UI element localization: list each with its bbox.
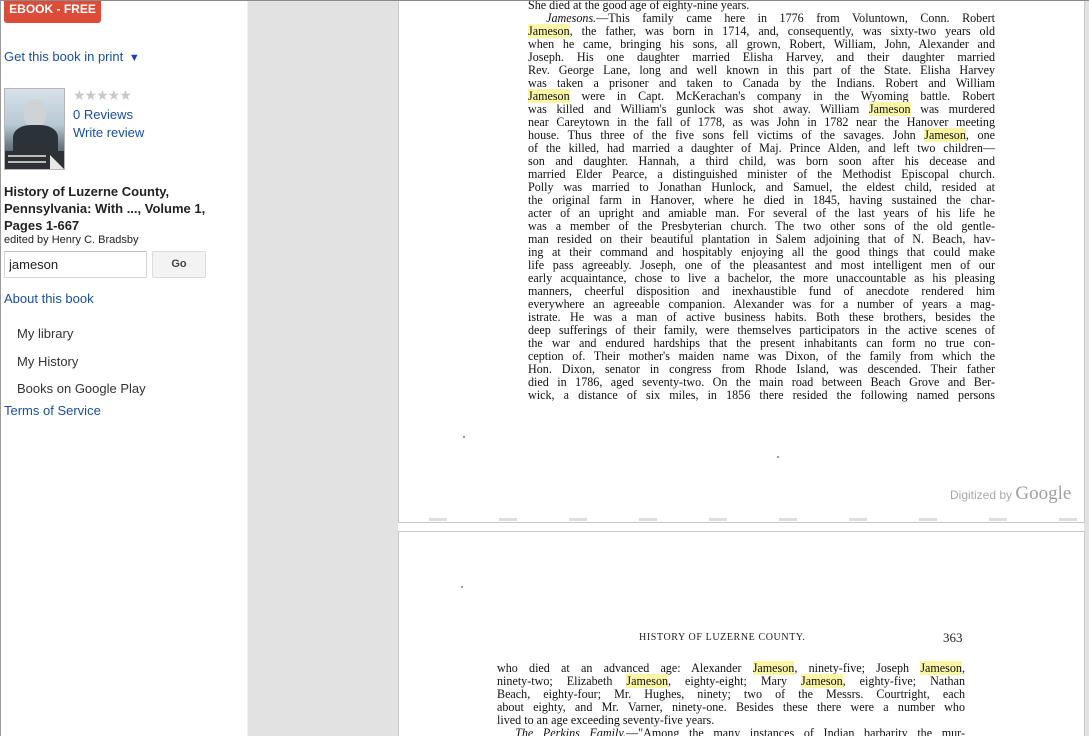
book-page-362[interactable]: She died at the good age of eighty-nine … — [398, 0, 1085, 523]
search-highlight[interactable]: Jameson — [528, 89, 570, 103]
search-highlight[interactable]: Jameson — [801, 674, 843, 688]
cover-portrait-head — [24, 99, 46, 127]
page-curl-icon — [50, 155, 64, 169]
sidebar: EBOOK - FREE Get this book in print ▼ ★★… — [0, 0, 247, 736]
terms-of-service-link[interactable]: Terms of Service — [4, 403, 101, 418]
page-number: 363 — [943, 630, 963, 646]
scan-speck — [777, 456, 779, 458]
search-highlight[interactable]: Jameson — [920, 661, 962, 675]
viewer-background — [247, 0, 398, 736]
ebook-free-button[interactable]: EBOOK - FREE — [4, 0, 101, 23]
running-head: HISTORY OF LUZERNE COUNTY. — [639, 632, 806, 643]
search-highlight[interactable]: Jameson — [626, 674, 668, 688]
search-highlight[interactable]: Jameson — [528, 24, 570, 38]
scan-speck — [461, 586, 463, 588]
scan-speck — [463, 436, 465, 438]
about-this-book-link[interactable]: About this book — [4, 291, 94, 306]
google-logo: Google — [1015, 483, 1071, 504]
page-text: She died at the good age of eighty-nine … — [528, 0, 995, 402]
nav-my-library[interactable]: My library — [17, 326, 73, 341]
rating-stars-icon[interactable]: ★★★★★ — [73, 87, 131, 104]
text-line: The Perkins Family.—"Among the many inst… — [497, 727, 965, 736]
page-text: who died at an advanced age: Alexander J… — [497, 662, 965, 736]
nav-books-on-google-play[interactable]: Books on Google Play — [17, 381, 146, 396]
get-book-in-print-link[interactable]: Get this book in print ▼ — [4, 49, 140, 64]
text-line: wick, a distance of six miles, in 1856 t… — [528, 389, 995, 402]
book-page-363[interactable]: HISTORY OF LUZERNE COUNTY. 363 who died … — [398, 531, 1085, 736]
nav-my-history[interactable]: My History — [17, 354, 78, 369]
book-editor: edited by Henry C. Bradsby — [4, 234, 139, 246]
search-highlight[interactable]: Jameson — [753, 661, 795, 675]
window-top-border — [0, 0, 1089, 1]
book-title: History of Luzerne County, Pennsylvania:… — [4, 183, 219, 234]
reviews-link[interactable]: 0 Reviews — [73, 107, 133, 122]
digitized-by-google-watermark: Digitized by Google — [950, 483, 1071, 505]
search-highlight[interactable]: Jameson — [924, 128, 966, 142]
search-highlight[interactable]: Jameson — [869, 102, 911, 116]
dropdown-arrow-icon: ▼ — [129, 52, 140, 64]
write-review-link[interactable]: Write review — [73, 125, 144, 140]
scan-artifact — [429, 518, 1079, 521]
book-cover-thumbnail[interactable] — [4, 88, 65, 170]
search-in-book-input[interactable] — [4, 251, 147, 278]
search-go-button[interactable]: Go — [152, 251, 206, 278]
print-link-label: Get this book in print — [4, 49, 123, 64]
